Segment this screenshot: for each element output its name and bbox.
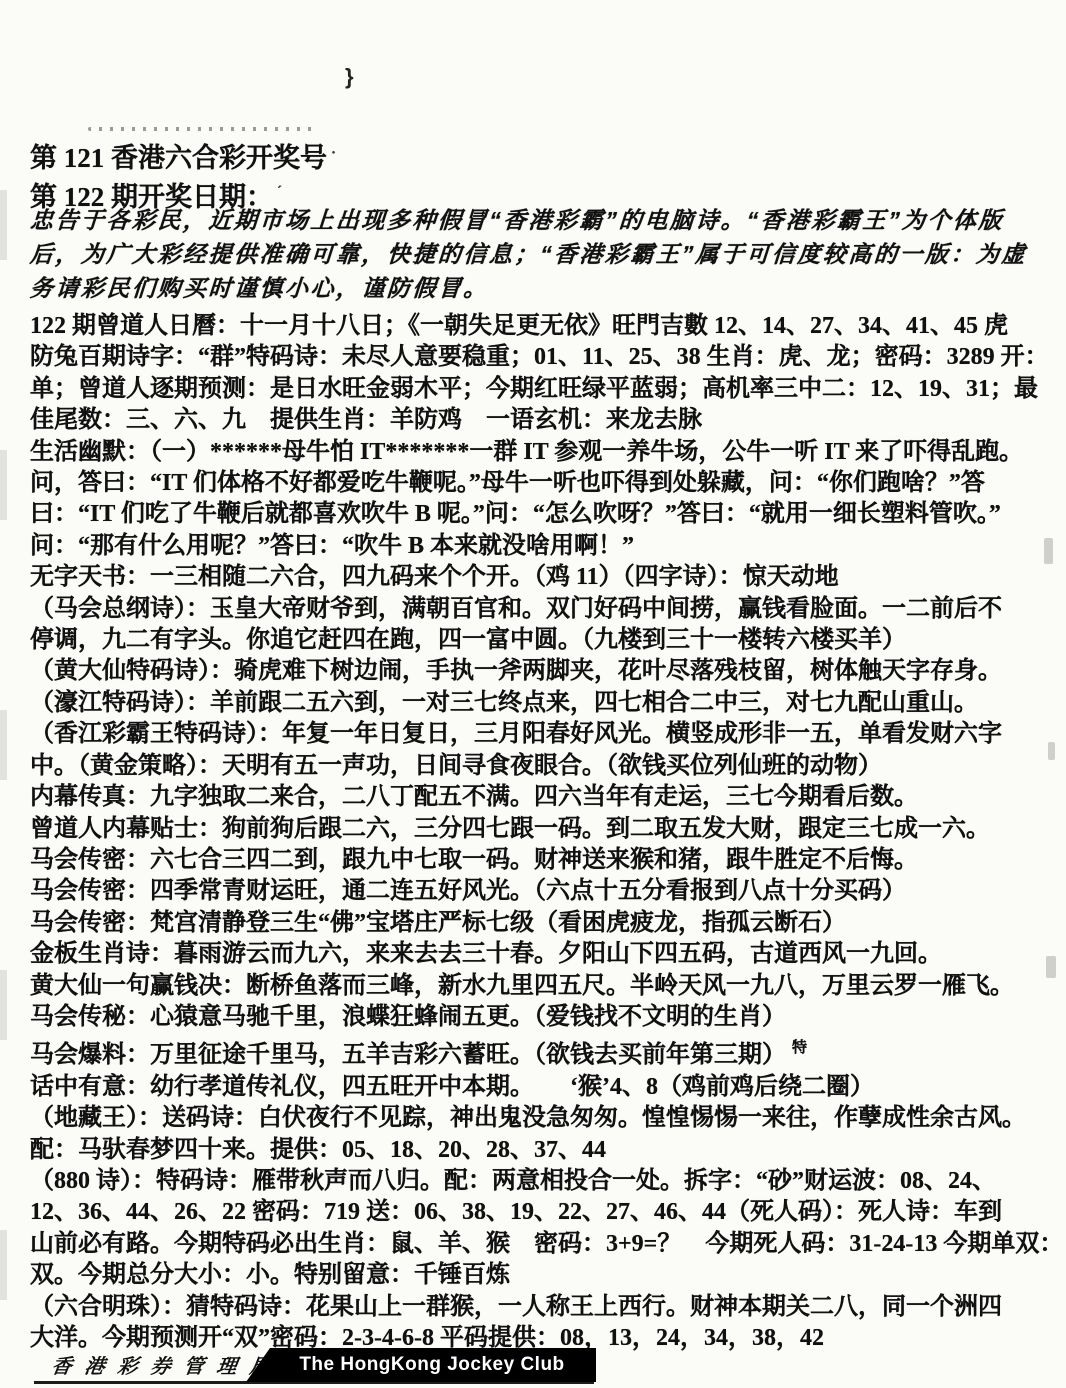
body-line: （香江彩霸王特码诗）：年复一年日复日，三月阳春好风光。横竖成形非一五，单看发财六… (30, 719, 1046, 750)
jockey-club-banner: The HongKong Jockey Club (246, 1348, 596, 1382)
body-line: 防兔百期诗字：“群”特码诗：未尽人意要稳重；01、11、25、38 生肖：虎、龙… (30, 342, 1046, 373)
body-line-text: 马会爆料：万里征途千里马，五羊吉彩六蓄旺。（欲钱去买前年第三期） (30, 1042, 786, 1068)
body-line: 话中有意：幼行孝道传礼仪，四五旺开中本期。 ‘猴’4、8（鸡前鸡后绕二圈） (30, 1072, 1046, 1103)
body-line: 无字天书：一三相随二六合，四九码来个个开。（鸡 11）（四字诗）：惊天动地 (30, 562, 1046, 593)
body-line: 配：马驮春梦四十来。提供：05、18、20、28、37、44 (30, 1135, 1046, 1166)
body-line: 停调，九二有字头。你追它赶四在跑，四一富中圆。（九楼到三十一楼转六楼买羊） (30, 625, 1046, 656)
superscript-note: 特 (786, 1040, 807, 1056)
body-line: 山前必有路。今期特码必出生肖：鼠、羊、猴 密码：3+9=？ 今期死人码：31-2… (30, 1229, 1046, 1260)
body-line: 黄大仙一句赢钱决：断桥鱼落而三峰，新水九里四五尺。半岭天风一九八，万里云罗一雁飞… (30, 971, 1046, 1002)
scan-artifact-dots (88, 127, 318, 131)
scan-mark: · (327, 145, 336, 161)
body-line: 马会爆料：万里征途千里马，五羊吉彩六蓄旺。（欲钱去买前年第三期）特 (30, 1033, 1046, 1071)
body-line: 内幕传真：九字独取二来合，二八丁配五不满。四六当年有走运，三七今期看后数。 (30, 782, 1046, 813)
scan-mark: ˊ (273, 184, 282, 200)
jockey-club-chinese-script: 香港彩券管理局 (50, 1350, 285, 1379)
body-line: 马会传秘：心猿意马驰千里，浪蝶狂蜂闹五更。（爱钱找不文明的生肖） (30, 1002, 1046, 1033)
body-line: 佳尾数：三、六、九 提供生肖：羊防鸡 一语玄机：来龙去脉 (30, 405, 1046, 436)
body-line: 曰：“IT 们吃了牛鞭后就都喜欢吹牛 B 呢。”问：“怎么吹呀？”答曰：“就用一… (30, 499, 1046, 530)
body-line: （880 诗）：特码诗：雁带秋声而八归。配：两意相投合一处。拆字：“砂”财运波：… (30, 1166, 1046, 1197)
scan-smudge (1046, 956, 1056, 978)
body-line: （六合明珠）：猜特码诗：花果山上一群猴，一人称王上西行。财神本期关二八，同一个洲… (30, 1292, 1046, 1323)
draw-number-text: 第 121 香港六合彩开奖号 (30, 143, 327, 173)
body-line: （黄大仙特码诗）：骑虎难下树边闹，手执一斧两脚夹，花叶尽落残枝留，树体触天字存身… (30, 656, 1046, 687)
scanned-lottery-page: } 第 121 香港六合彩开奖号· 第 122 期开奖日期：ˊ 忠告于各彩民，近… (0, 0, 1066, 1388)
body-line: （地藏王）：送码诗：白伏夜行不见踪，神出鬼没急匆匆。惶惶惕惕一来往，作孽成性余古… (30, 1103, 1046, 1134)
scan-smudge (1048, 742, 1055, 760)
counterfeit-warning: 忠告于各彩民，近期市场上出现多种假冒“香港彩霸”的电脑诗。“香港彩霸王”为个体版… (30, 203, 1027, 305)
body-line: 中。（黄金策略）：天明有五一声功，日间寻食夜眼合。（欲钱买位列仙班的动物） (30, 751, 1046, 782)
draw-number-line: 第 121 香港六合彩开奖号· (30, 136, 336, 175)
body-line: （濠江特码诗）：羊前跟二五六到，一对三七终点来，四七相合二中三，对七九配山重山。 (30, 688, 1046, 719)
scan-edge-streaks (0, 190, 7, 1310)
scan-artifact-brace: } (345, 64, 354, 90)
body-line: 马会传密：梵宫清静登三生“佛”宝塔庄严标七级（看困虎疲龙，指孤云断石） (30, 908, 1046, 939)
body-line: 问，答曰：“IT 们体格不好都爱吃牛鞭呢。”母牛一听也吓得到处躲藏，问：“你们跑… (30, 468, 1046, 499)
body-line: 金板生肖诗：暮雨游云而九六，来来去去三十春。夕阳山下四五码，古道西风一九回。 (30, 939, 1046, 970)
body-line: 双。今期总分大小：小。特别留意：千锤百炼 (30, 1260, 1046, 1291)
notice-line: 忠告于各彩民，近期市场上出现多种假冒“香港彩霸”的电脑诗。“香港彩霸王”为个体版 (29, 203, 1028, 237)
body-line: （马会总纲诗）：玉皇大帝财爷到，满朝百官和。双门好码中间捞，赢钱看脸面。一二前后… (30, 594, 1046, 625)
body-line: 曾道人内幕贴士：狗前狗后跟二六，三分四七跟一码。到二取五发大财，跟定三七成一六。 (30, 814, 1046, 845)
body-line: 马会传密：六七合三四二到，跟九中七取一码。财神送来猴和猪，跟牛胜定不后悔。 (30, 845, 1046, 876)
notice-line: 后，为广大彩经提供准确可靠，快捷的信息；“香港彩霸王”属于可信度较高的一版：为虚 (29, 237, 1028, 271)
body-line: 12、36、44、26、22 密码：719 送：06、38、19、22、27、4… (30, 1197, 1046, 1228)
body-line: 生活幽默：（一）******母牛怕 IT*******一群 IT 参观一养牛场，… (30, 437, 1046, 468)
body-line: 问：“那有什么用呢？”答曰：“吹牛 B 本来就没啥用啊！” (30, 531, 1046, 562)
jockey-club-english: The HongKong Jockey Club (299, 1354, 564, 1376)
notice-line: 务请彩民们购买时谨慎小心，谨防假冒。 (29, 271, 1028, 305)
body-text: 122 期曾道人日曆：十一月十八日；《一朝失足更无依》旺門吉數 12、14、27… (30, 311, 1046, 1354)
footer: 香港彩券管理局 The HongKong Jockey Club (0, 1344, 1066, 1388)
body-line: 单；曾道人逐期预测：是日水旺金弱木平；今期红旺绿平蓝弱；高机率三中二：12、19… (30, 374, 1046, 405)
body-line: 122 期曾道人日曆：十一月十八日；《一朝失足更无依》旺門吉數 12、14、27… (30, 311, 1046, 342)
body-line: 马会传密：四季常青财运旺，通二连五好风光。（六点十五分看报到八点十分买码） (30, 876, 1046, 907)
